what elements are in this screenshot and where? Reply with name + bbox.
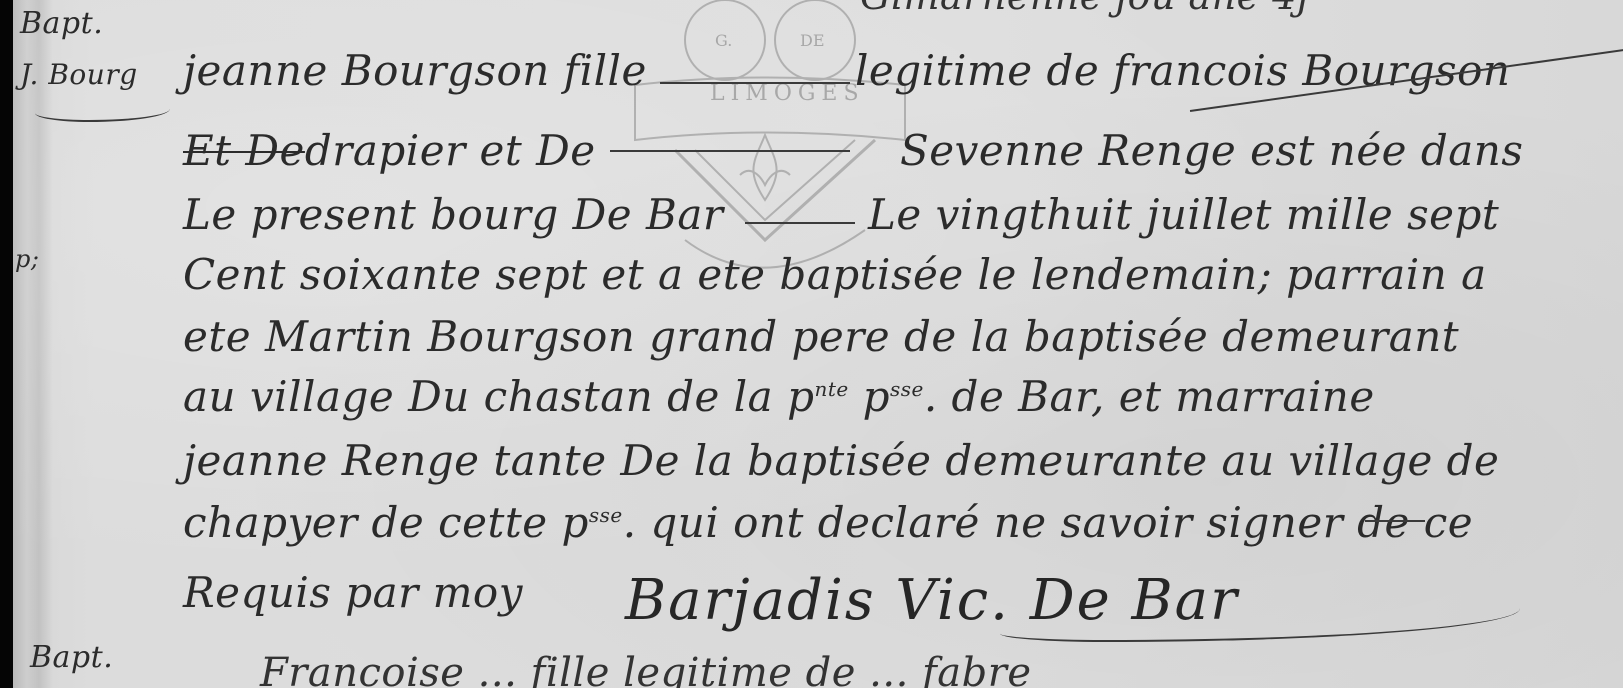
svg-text:DE: DE	[800, 31, 825, 50]
margin-note-bapt-next: Bapt.	[30, 640, 113, 675]
record-line-8: chapyer de cette psse. qui ont declaré n…	[183, 498, 1473, 547]
struck-text: Et De	[183, 126, 305, 175]
top-partial-text-line: Gimarnenne jou ane 4j	[860, 0, 1309, 18]
margin-note-name: J. Bourg	[20, 58, 138, 91]
record-line-3: Le present bourg De Bar	[183, 190, 724, 239]
record-line-1: jeanne Bourgson fille	[183, 46, 647, 95]
svg-text:LIMOGES: LIMOGES	[710, 81, 865, 106]
margin-note-mark: p;	[15, 245, 39, 273]
record-line-7: jeanne Renge tante De la baptisée demeur…	[183, 436, 1499, 485]
record-line-3-cont: Le vingthuit juillet mille sept	[868, 190, 1499, 239]
svg-text:G.: G.	[715, 31, 732, 50]
record-line-4: Cent soixante sept et a ete baptisée le …	[183, 250, 1487, 299]
record-line-2: Et Dedrapier et De	[183, 126, 596, 175]
record-line-1-cont: legitime de francois Bourgson	[855, 46, 1510, 95]
filler-stroke	[610, 150, 850, 152]
filler-stroke	[660, 82, 850, 84]
record-line-6: au village Du chastan de la pnte psse. d…	[183, 372, 1375, 421]
scan-black-border	[0, 0, 13, 688]
scanned-register-page: G. DE LIMOGES Gimarnenne jou ane 4j Bapt…	[0, 0, 1623, 688]
stamp-emblem-icon: G. DE LIMOGES	[615, 0, 915, 290]
bottom-partial-text-line: Francoise ... fille legitime de ... fabr…	[260, 650, 1032, 688]
record-line-5: ete Martin Bourgson grand pere de la bap…	[183, 312, 1459, 361]
limoges-tax-stamp: G. DE LIMOGES	[615, 0, 915, 290]
record-line-9: Requis par moy	[183, 568, 523, 617]
filler-stroke	[745, 222, 855, 224]
record-line-2-cont: Sevenne Renge est née dans	[900, 126, 1523, 175]
filler-stroke	[1365, 520, 1425, 522]
margin-note-bapt: Bapt.	[20, 6, 103, 41]
